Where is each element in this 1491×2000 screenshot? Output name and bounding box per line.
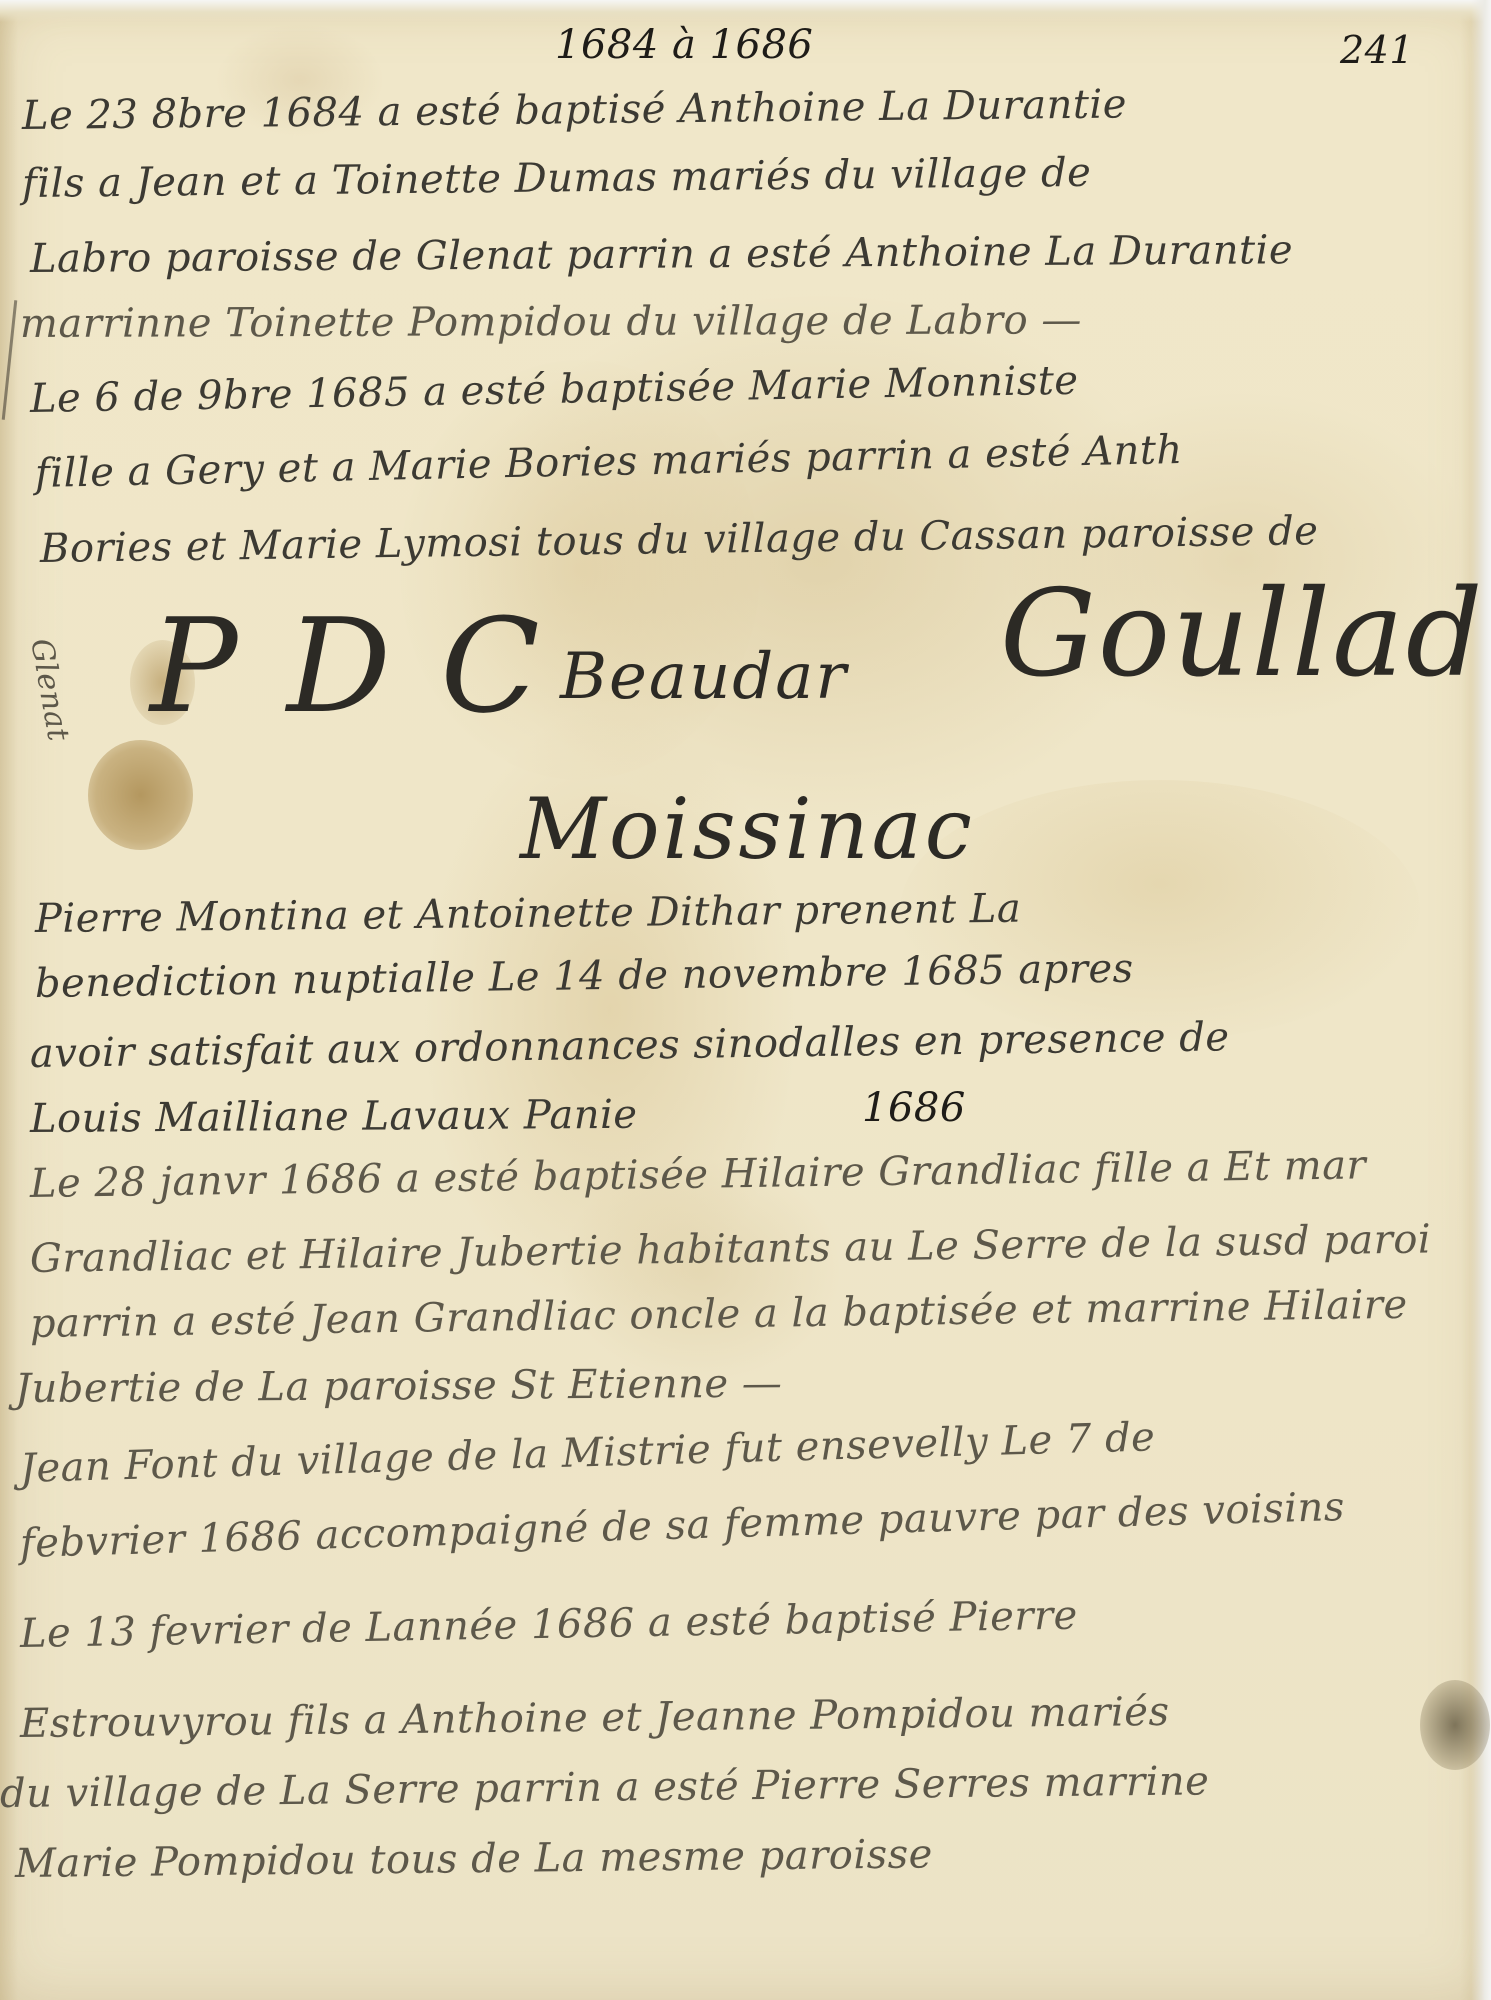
page-number: 241	[1340, 28, 1414, 72]
entry-line: Labro paroisse de Glenat parrin a esté A…	[30, 226, 1293, 283]
entry-line: Estrouvyrou fils a Anthoine et Jeanne Po…	[20, 1688, 1170, 1748]
entry-line: avoir satisfait aux ordonnances sinodall…	[30, 1013, 1230, 1078]
entry-line: marrinne Toinette Pompidou du village de…	[20, 296, 1082, 348]
signature-pdc: P D C	[150, 590, 544, 742]
entry-line: Jean Font du village de la Mistrie fut e…	[19, 1413, 1156, 1493]
entry-line: Grandliac et Hilaire Jubertie habitants …	[30, 1215, 1432, 1283]
entry-line: Louis Mailliane Lavaux Panie	[30, 1091, 638, 1143]
page-top-edge	[0, 0, 1491, 22]
entry-line: benediction nuptialle Le 14 de novembre …	[35, 945, 1134, 1008]
entry-line: Marie Pompidou tous de La mesme paroisse	[15, 1830, 933, 1888]
manuscript-page: 1684 à 1686 241 Le 23 8bre 1684 a esté b…	[0, 0, 1491, 2000]
signature-moissinac: Moissinac	[520, 780, 975, 878]
entry-line: Jubertie de La paroisse St Etienne —	[15, 1360, 783, 1413]
entry-line: Glenat	[16, 635, 81, 745]
entry-line: Bories et Marie Lymosi tous du village d…	[40, 507, 1319, 573]
entry-line: fils a Jean et a Toinette Dumas mariés d…	[22, 149, 1092, 208]
header-years: 1684 à 1686	[555, 22, 813, 68]
margin-pen-stroke	[2, 300, 18, 420]
entry-line: Le 6 de 9bre 1685 a esté baptisée Marie …	[30, 357, 1079, 423]
page-right-edge	[1471, 0, 1491, 2000]
entry-line: Le 13 fevrier de Lannée 1686 a esté bapt…	[20, 1592, 1079, 1658]
entry-line: Le 28 janvr 1686 a esté baptisée Hilaire…	[30, 1141, 1367, 1208]
entry-line: fille a Gery et a Marie Bories mariés pa…	[34, 426, 1183, 498]
entry-line: Le 23 8bre 1684 a esté baptisé Anthoine …	[22, 80, 1127, 140]
signature-beaudar: Beaudar	[560, 640, 848, 714]
year-marker: 1686	[862, 1085, 966, 1131]
entry-line: Pierre Montina et Antoinette Dithar pren…	[35, 885, 1022, 943]
entry-line: parrin a esté Jean Grandliac oncle a la …	[30, 1281, 1408, 1348]
entry-line: febvrier 1686 accompaigné de sa femme pa…	[19, 1483, 1345, 1568]
signature-goullad: Goullad	[1000, 565, 1485, 704]
entry-line: du village de La Serre parrin a esté Pie…	[0, 1757, 1210, 1818]
ink-stain	[88, 740, 193, 850]
